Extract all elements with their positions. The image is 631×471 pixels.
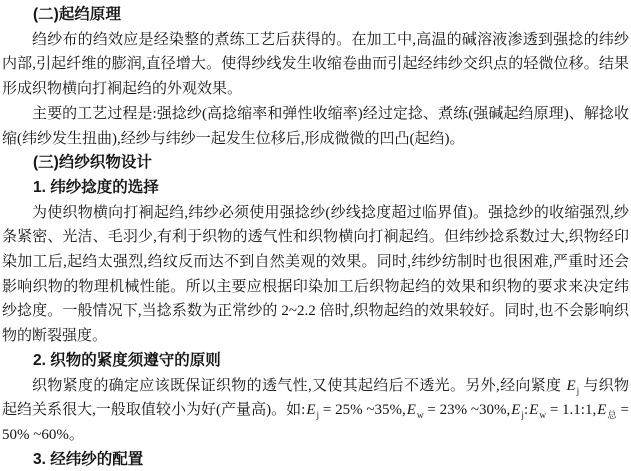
- math-variable: E: [528, 402, 539, 418]
- math-variable-subscript: j: [521, 411, 524, 421]
- math-variable: E: [565, 378, 576, 394]
- math-variable: E: [406, 402, 417, 418]
- document-page: (二)起绉原理 绉纱布的绉效应是经染整的煮练工艺后获得的。在加工中,高温的碱溶液…: [0, 0, 631, 471]
- math-variable-subscript: j: [316, 411, 319, 421]
- subsection-heading-weft-twist-selection: 1. 纬纱捻度的选择: [2, 176, 629, 201]
- paragraph-weft-twist-selection: 为使织物横向打裥起绉,纬纱必须使用强捻纱(纱线捻度超过临界值)。强捻纱的收缩强烈…: [2, 201, 629, 349]
- paragraph-creping-effect: 绉纱布的绉效应是经染整的煮练工艺后获得的。在加工中,高温的碱溶液渗透到强捻的纬纱…: [2, 28, 629, 102]
- paragraph-process-steps: 主要的工艺过程是:强捻纱(高捻缩率和弹性收缩率)经过定捻、煮练(强碱起绉原理)、…: [2, 102, 629, 151]
- math-variable: E: [510, 402, 521, 418]
- subsection-heading-warp-weft-configuration: 3. 经纬纱的配置: [2, 448, 629, 471]
- paragraph-fabric-tightness: 织物紧度的确定应该既保证织物的透气性,又使其起绉后不透光。另外,经向紧度 Ej …: [2, 374, 629, 448]
- math-variable-subscript: w: [417, 411, 424, 421]
- math-variable: E: [305, 402, 316, 418]
- math-variable-subscript: j: [577, 387, 580, 397]
- math-variable: E: [596, 402, 607, 418]
- math-variable-subscript: 总: [607, 411, 616, 421]
- section-heading-crepe-fabric-design: (三)绉纱织物设计: [2, 151, 629, 176]
- section-heading-creping-principle: (二)起绉原理: [2, 3, 629, 28]
- math-variable-subscript: w: [539, 411, 546, 421]
- subsection-heading-tightness-principle: 2. 织物的紧度须遵守的原则: [2, 349, 629, 374]
